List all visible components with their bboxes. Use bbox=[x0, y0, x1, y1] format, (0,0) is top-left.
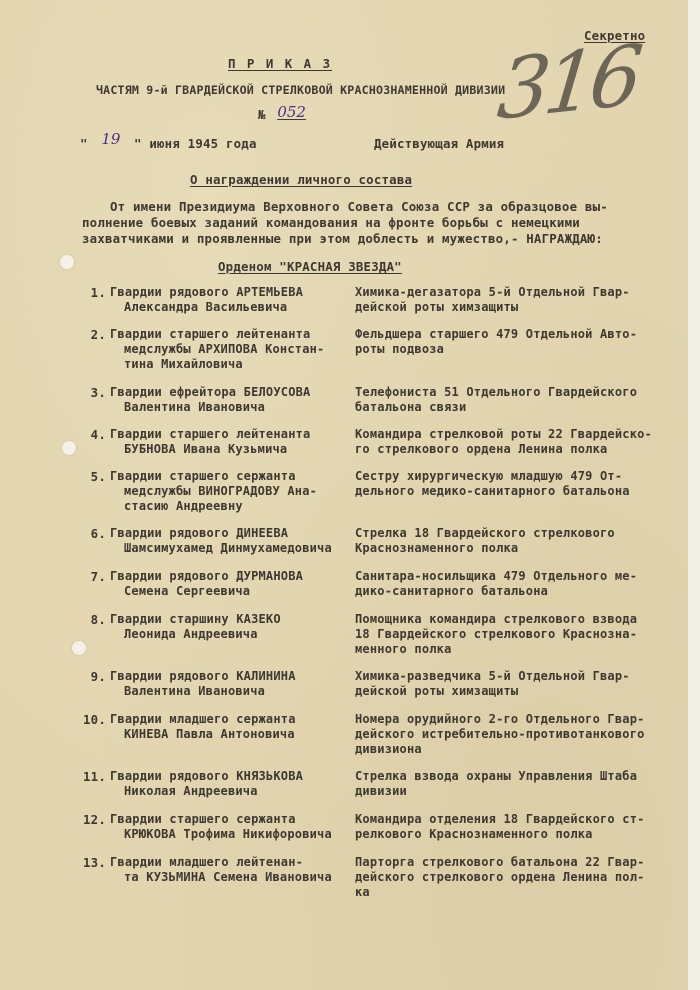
entry-name-line: Валентина Ивановича bbox=[124, 684, 265, 699]
entry-name-line: тина Михайловича bbox=[124, 357, 243, 372]
page-edge bbox=[688, 0, 700, 990]
entry-name-line: Гвардии старшего сержанта bbox=[110, 812, 296, 827]
entry-number: 4. bbox=[70, 427, 106, 442]
entry-position-line: 18 Гвардейского стрелкового Краснозна- bbox=[355, 627, 637, 642]
entry-name-line: Гвардии ефрейтора БЕЛОУСОВА bbox=[110, 385, 310, 400]
entry-position-line: Командира стрелковой роты 22 Гвардейско- bbox=[355, 427, 652, 442]
entry-number: 7. bbox=[70, 569, 106, 584]
entry-position-line: Фельдшера старшего 479 Отдельной Авто- bbox=[355, 327, 637, 342]
entry-position-line: го стрелкового ордена Ленина полка bbox=[355, 442, 607, 457]
date-quote: " bbox=[80, 136, 88, 151]
entry-position-line: батальона связи bbox=[355, 400, 466, 415]
entry-position-line: дейского истребительно-противотанкового bbox=[355, 727, 645, 742]
entry-number: 5. bbox=[70, 469, 106, 484]
entry-number: 1. bbox=[70, 285, 106, 300]
entry-position-line: Краснознаменного полка bbox=[355, 541, 518, 556]
entry-name-line: медслужбы АРХИПОВА Констан- bbox=[124, 342, 324, 357]
entry-number: 12. bbox=[70, 812, 106, 827]
entry-number: 9. bbox=[70, 669, 106, 684]
entry-name-line: Гвардии рядового ДИНЕЕВА bbox=[110, 526, 288, 541]
entry-name-line: Николая Андреевича bbox=[124, 784, 258, 799]
entry-name-line: Гвардии старшего лейтенанта bbox=[110, 427, 310, 442]
entry-number: 2. bbox=[70, 327, 106, 342]
entry-name-line: Гвардии младшего сержанта bbox=[110, 712, 296, 727]
entry-number: 11. bbox=[70, 769, 106, 784]
entry-position-line: дельного медико-санитарного батальона bbox=[355, 484, 630, 499]
entry-position-line: дико-санитарного батальона bbox=[355, 584, 548, 599]
preamble-line: От имени Президиума Верховного Совета Со… bbox=[110, 199, 608, 214]
entry-number: 10. bbox=[70, 712, 106, 727]
entry-name-line: медслужбы ВИНОГРАДОВУ Ана- bbox=[124, 484, 317, 499]
entry-name-line: та КУЗЬМИНА Семена Ивановича bbox=[124, 870, 332, 885]
entry-name-line: Леонида Андреевича bbox=[124, 627, 258, 642]
entry-name-line: Гвардии старшего сержанта bbox=[110, 469, 296, 484]
entry-name-line: Гвардии рядового КАЛИНИНА bbox=[110, 669, 296, 684]
award-heading: Орденом "КРАСНАЯ ЗВЕЗДА" bbox=[218, 259, 402, 274]
entry-name-line: Гвардии старшину КАЗЕКО bbox=[110, 612, 281, 627]
entry-position-line: дивизиона bbox=[355, 742, 422, 757]
entry-name-line: стасию Андреевну bbox=[124, 499, 243, 514]
punch-hole bbox=[60, 255, 74, 269]
entry-position-line: Номера орудийного 2-го Отдельного Гвар- bbox=[355, 712, 645, 727]
entry-position-line: дейской роты химзащиты bbox=[355, 684, 518, 699]
location: Действующая Армия bbox=[374, 136, 504, 151]
entry-name-line: КРЮКОВА Трофима Никифоровича bbox=[124, 827, 332, 842]
order-number: № 052 bbox=[258, 104, 304, 123]
entry-name-line: БУБНОВА Ивана Кузьмича bbox=[124, 442, 287, 457]
entry-position-line: дивизии bbox=[355, 784, 407, 799]
entry-position-line: Химика-разведчика 5-й Отдельной Гвар- bbox=[355, 669, 630, 684]
entry-name-line: Гвардии рядового ДУРМАНОВА bbox=[110, 569, 303, 584]
entry-position-line: Химика-дегазатора 5-й Отдельной Гвар- bbox=[355, 285, 630, 300]
entry-name-line: Гвардии младшего лейтенан- bbox=[110, 855, 303, 870]
preamble-line: захватчиками и проявленные при этом добл… bbox=[82, 231, 603, 246]
order-number-handwritten: 052 bbox=[277, 103, 306, 121]
entry-number: 6. bbox=[70, 526, 106, 541]
entry-position-line: дейского стрелкового ордена Ленина пол- bbox=[355, 870, 645, 885]
document-page: Секретно 316 П Р И К А З ЧАСТЯМ 9-й ГВАР… bbox=[0, 0, 688, 990]
entry-position-line: ка bbox=[355, 885, 370, 900]
entry-name-line: КИНЕВА Павла Антоновича bbox=[124, 727, 295, 742]
pencil-annotation: 316 bbox=[493, 28, 641, 139]
entry-name-line: Гвардии рядового АРТЕМЬЕВА bbox=[110, 285, 303, 300]
entry-name-line: Гвардии рядового КНЯЗЬКОВА bbox=[110, 769, 303, 784]
entry-position-line: роты подвоза bbox=[355, 342, 444, 357]
entry-position-line: Помощника командира стрелкового взвода bbox=[355, 612, 637, 627]
subject-heading: О награждении личного состава bbox=[190, 172, 412, 187]
entry-position-line: менного полка bbox=[355, 642, 452, 657]
entry-number: 3. bbox=[70, 385, 106, 400]
entry-position-line: Парторга стрелкового батальона 22 Гвар- bbox=[355, 855, 645, 870]
entry-name-line: Валентина Ивановича bbox=[124, 400, 265, 415]
entry-position-line: Сестру хирургическую младшую 479 От- bbox=[355, 469, 622, 484]
punch-hole bbox=[72, 641, 86, 655]
entry-position-line: Телефониста 51 Отдельного Гвардейского bbox=[355, 385, 637, 400]
document-title: П Р И К А З bbox=[228, 56, 332, 71]
entry-name-line: Гвардии старшего лейтенанта bbox=[110, 327, 310, 342]
entry-position-line: релкового Краснознаменного полка bbox=[355, 827, 593, 842]
preamble-line: полнение боевых заданий командования на … bbox=[82, 215, 580, 230]
entry-number: 13. bbox=[70, 855, 106, 870]
entry-position-line: дейской роты химзащиты bbox=[355, 300, 518, 315]
entry-name-line: Александра Васильевича bbox=[124, 300, 287, 315]
punch-hole bbox=[62, 441, 76, 455]
entry-name-line: Шамсимухамед Динмухамедовича bbox=[124, 541, 332, 556]
order-date: " 19 " июня 1945 года bbox=[80, 133, 249, 152]
date-month-year: " июня 1945 года bbox=[134, 136, 257, 151]
date-day-handwritten: 19 bbox=[101, 130, 120, 148]
entry-position-line: Санитара-носильщика 479 Отдельного ме- bbox=[355, 569, 637, 584]
addressee: ЧАСТЯМ 9-й ГВАРДЕЙСКОЙ СТРЕЛКОВОЙ КРАСНО… bbox=[96, 83, 505, 98]
entry-position-line: Командира отделения 18 Гвардейского ст- bbox=[355, 812, 645, 827]
entry-position-line: Стрелка 18 Гвардейского стрелкового bbox=[355, 526, 615, 541]
entry-number: 8. bbox=[70, 612, 106, 627]
entry-name-line: Семена Сергеевича bbox=[124, 584, 250, 599]
entry-position-line: Стрелка взвода охраны Управления Штаба bbox=[355, 769, 637, 784]
number-sign: № bbox=[258, 107, 266, 122]
